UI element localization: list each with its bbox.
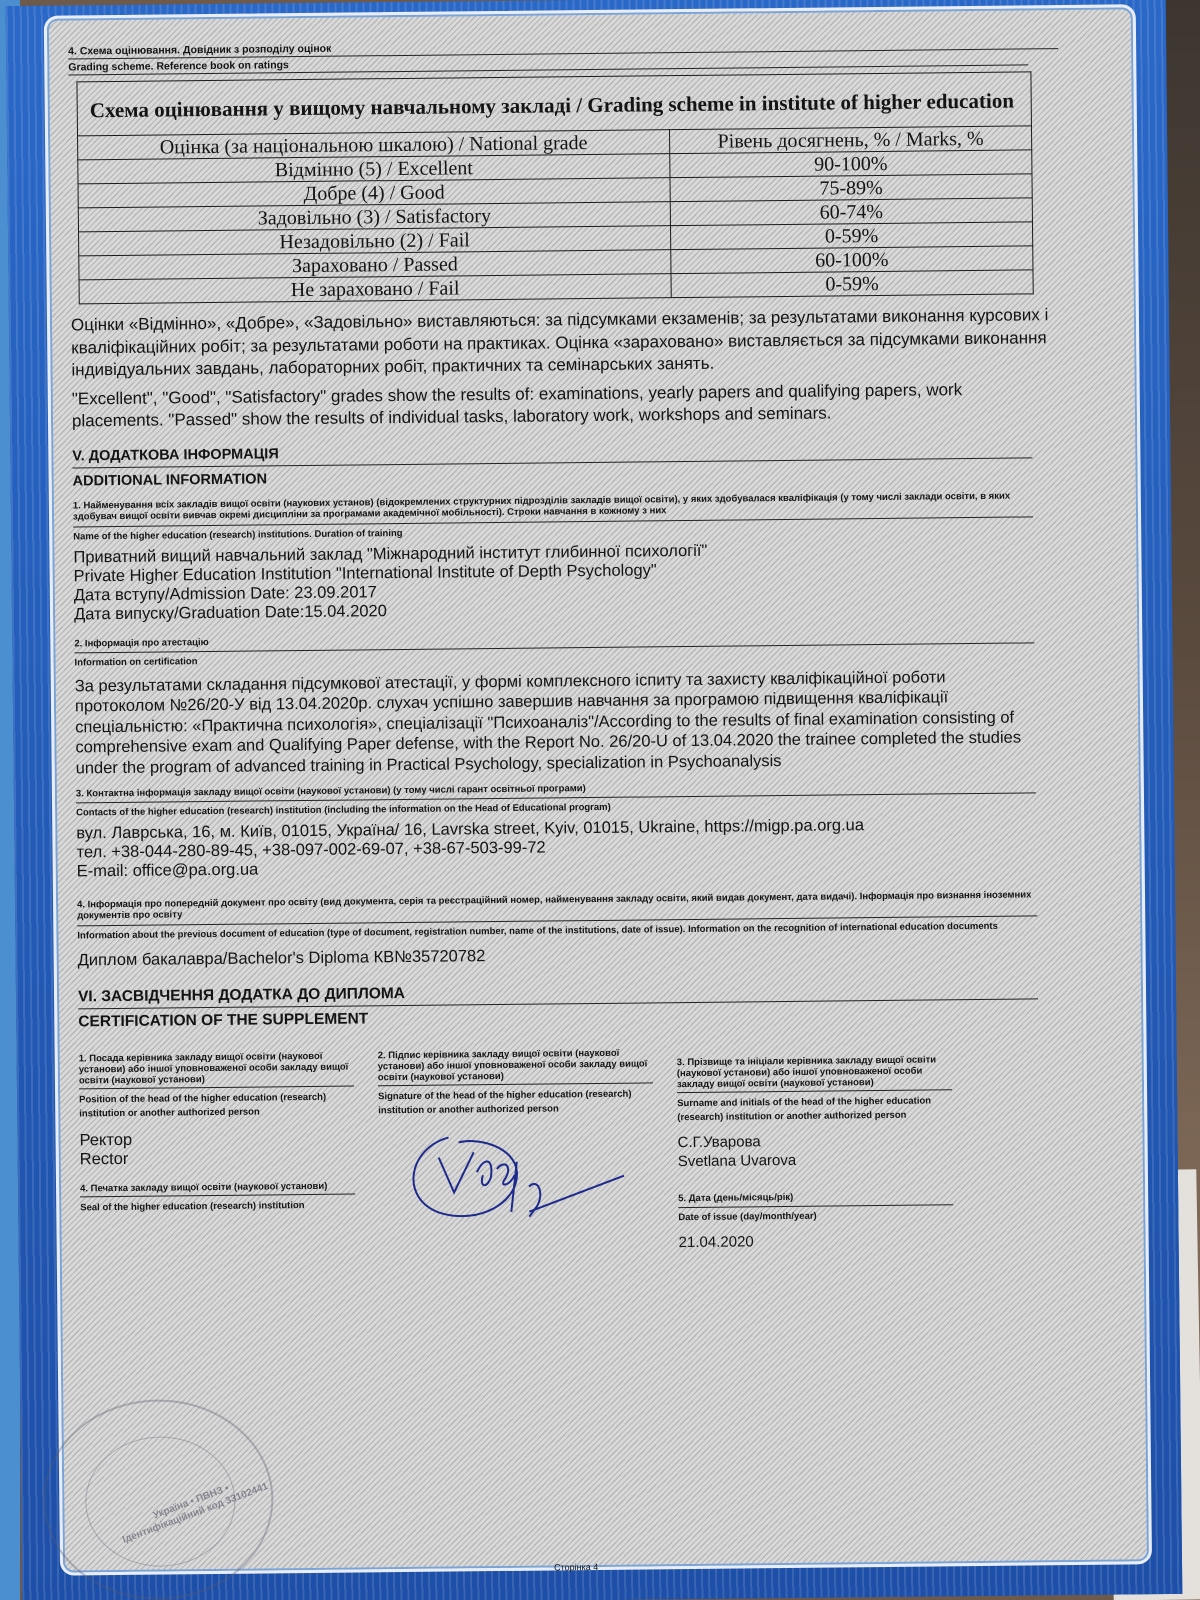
certification-columns: 1. Посада керівника закладу вищої освіти… [78,1029,1060,1258]
item1-label-ua: 1. Найменування всіх закладів вищої осві… [73,490,1033,527]
diploma-supplement-page: 4. Схема оцінювання. Довідник з розподіл… [6,0,1183,1600]
marks-cell: 0-59% [671,270,1033,298]
position-label-ua: 1. Посада керівника закладу вищої освіти… [79,1051,354,1090]
name-label-en: Surname and initials of the head of the … [677,1094,952,1125]
grading-note-en: "Excellent", "Good", "Satisfactory" grad… [72,378,1032,433]
cert-column-signature: 2. Підпис керівника закладу вищої освіти… [377,1033,654,1255]
institution-seal-stamp: Україна • ПВНЗ • Ідентифікаційний код 33… [42,1398,274,1600]
signature-label-en: Signature of the head of the higher educ… [378,1087,653,1118]
seal-label-en: Seal of the higher education (research) … [80,1199,355,1216]
item4-label-ua: 4. Інформація про попередній документ пр… [77,889,1037,926]
grading-table-title: Схема оцінювання у вищому навчальному за… [77,72,1032,136]
grading-table: Схема оцінювання у вищому навчальному за… [76,71,1033,304]
date-label-en: Date of issue (day/month/year) [678,1209,953,1223]
position-value-en: Rector [80,1148,355,1170]
cert-column-position: 1. Посада керівника закладу вищої освіти… [78,1037,355,1259]
signature-image [378,1115,654,1228]
date-label-ua: 5. Дата (день/місяць/рік) [678,1190,953,1208]
signature-label-ua: 2. Підпис керівника закладу вищої освіти… [378,1047,653,1086]
page-content: 4. Схема оцінювання. Довідник з розподіл… [68,35,1061,1258]
previous-document-value: Диплом бакалавра/Bachelor's Diploma КВ№3… [78,941,1058,970]
date-of-issue: 21.04.2020 [679,1230,954,1252]
contacts-info: вул. Лаврська, 16, м. Київ, 01015, Украї… [76,814,1057,881]
name-value-en: Svetlana Uvarova [678,1149,953,1171]
page-number: Сторінка 4 [554,1562,598,1572]
certification-info-text: За результатами складання підсумкової ат… [75,666,1031,778]
institution-info: Приватний вищий навчальний заклад "Міжна… [73,538,1054,624]
name-label-ua: 3. Прізвище та ініціали керівника заклад… [677,1054,952,1093]
handwritten-signature-icon [378,1116,639,1229]
cert-column-name: 3. Прізвище та ініціали керівника заклад… [676,1030,953,1252]
grade-cell: Не зараховано / Fail [79,274,671,304]
seal-label-ua: 4. Печатка закладу вищої освіти (науково… [80,1181,355,1198]
grading-note-ua: Оцінки «Відмінно», «Добре», «Задовільно»… [71,304,1062,382]
position-label-en: Position of the head of the higher educa… [79,1091,354,1122]
